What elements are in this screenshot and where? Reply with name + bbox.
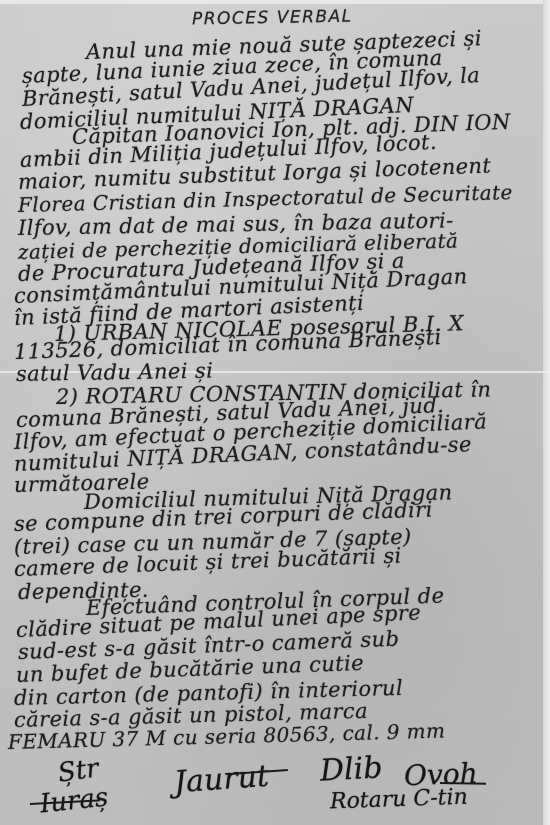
paper-top-edge bbox=[0, 0, 550, 4]
paper-right-edge bbox=[543, 0, 550, 825]
signature-3: Dlib bbox=[319, 750, 383, 788]
document-title: PROCES VERBAL bbox=[192, 7, 353, 30]
signature-2: Jaurut bbox=[173, 759, 270, 801]
signature-5: Rotaru C-tin bbox=[330, 785, 469, 815]
scanned-document-page: PROCES VERBAL Anul una mie nouă sute șap… bbox=[0, 0, 550, 825]
